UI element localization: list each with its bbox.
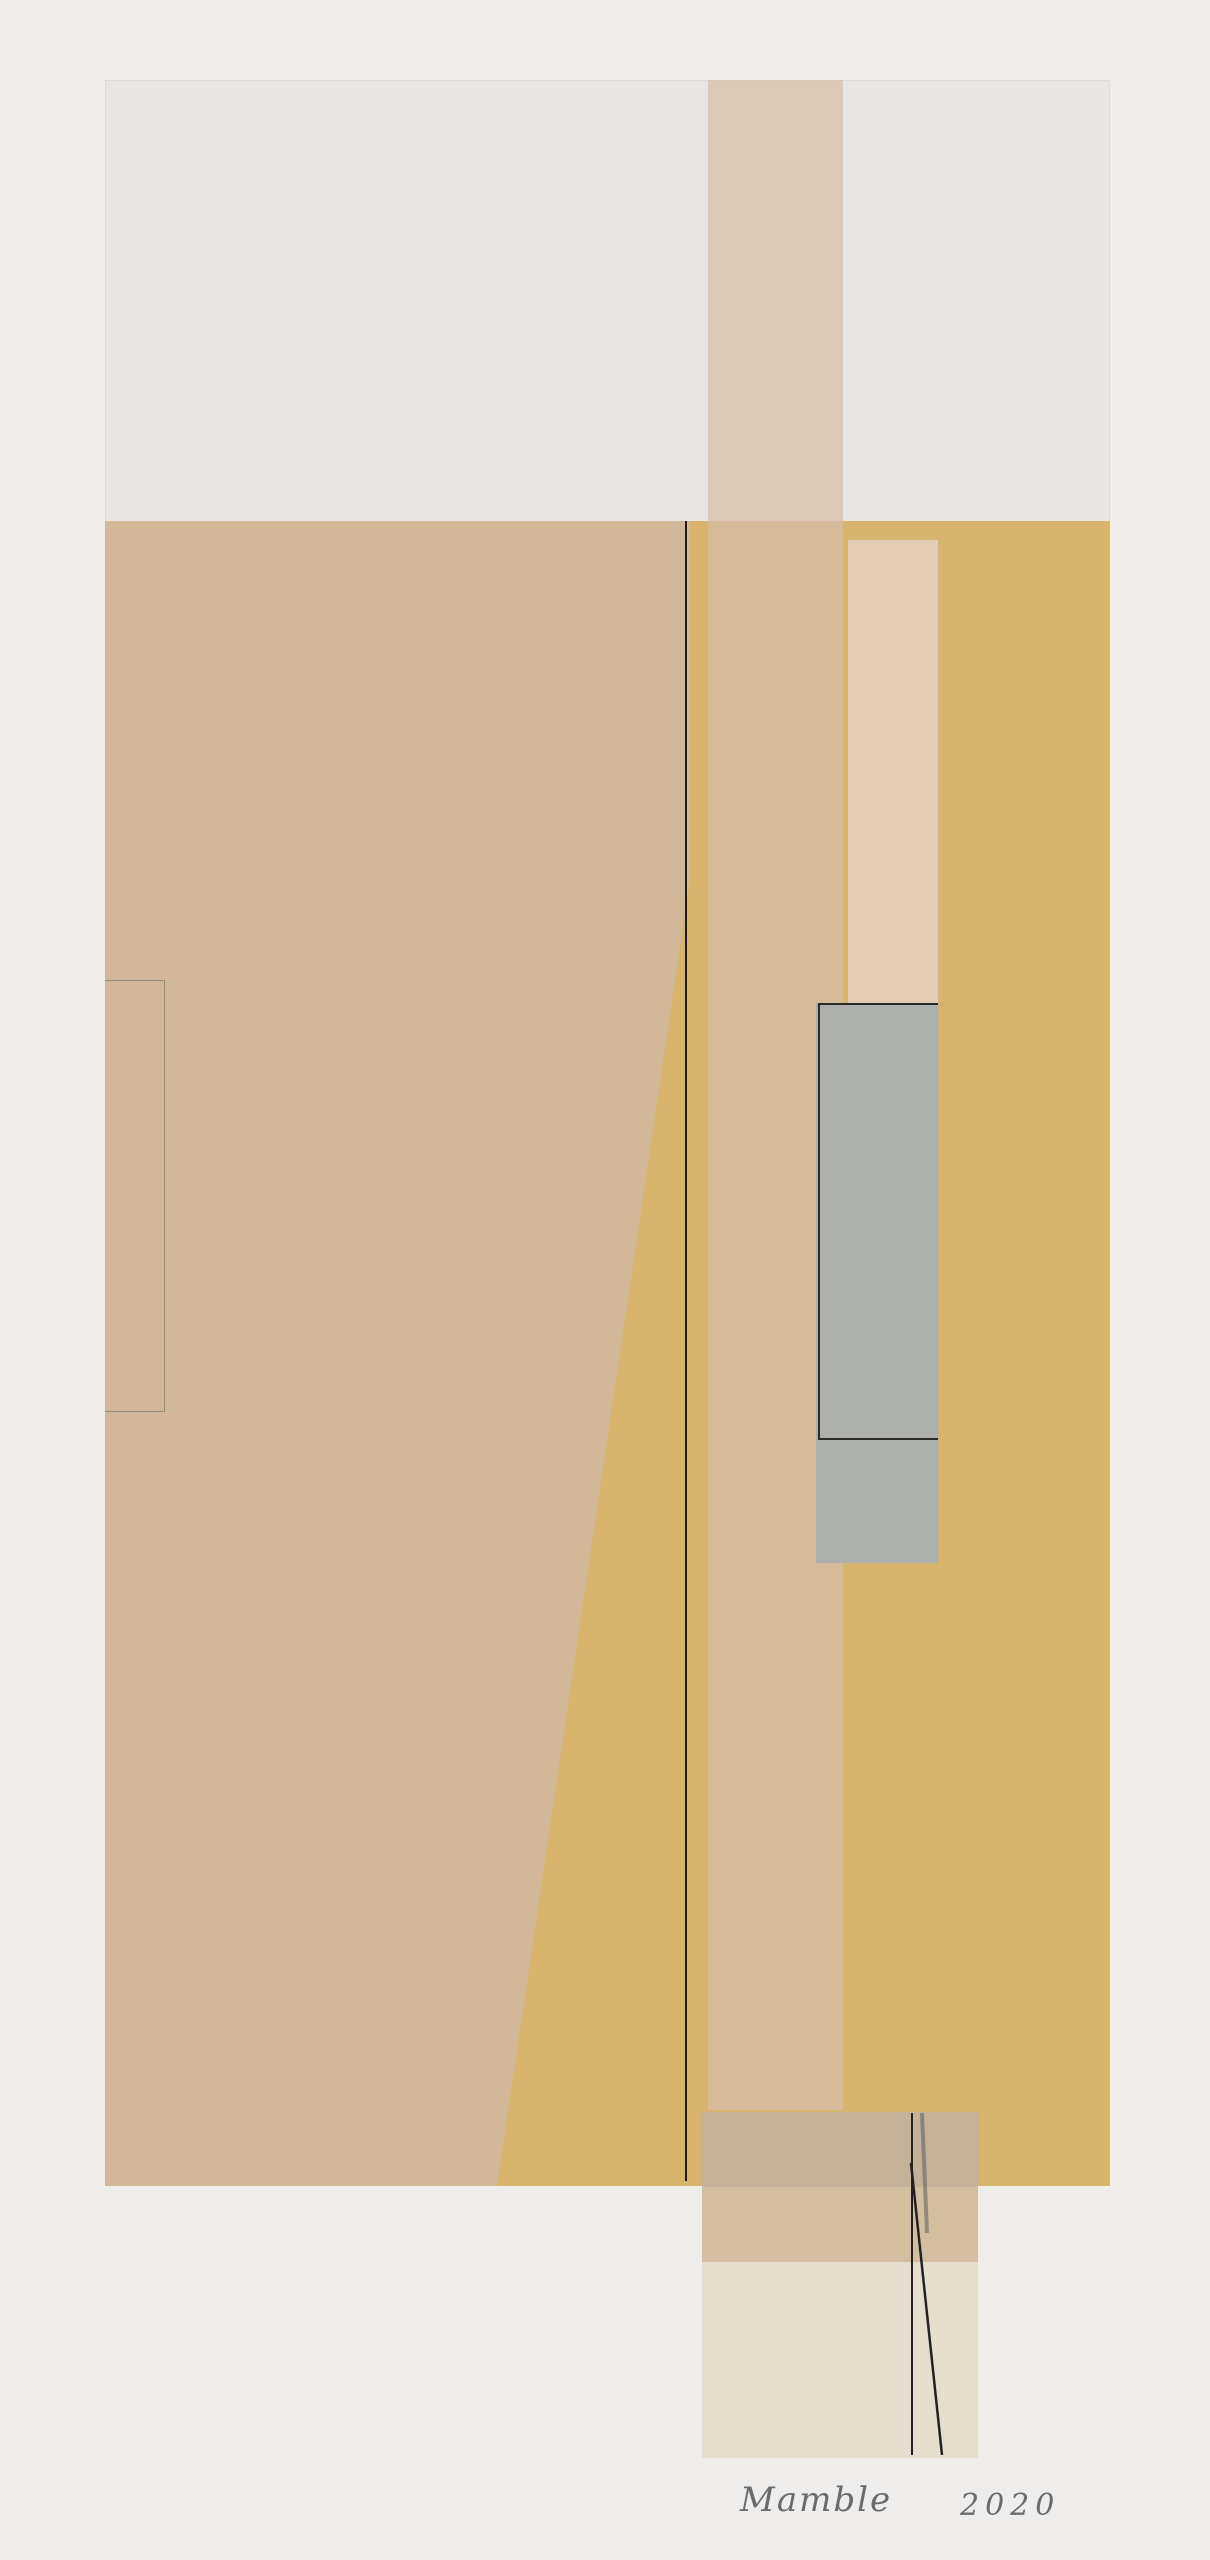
artist-signature: Mamble bbox=[740, 2480, 892, 2520]
ink-outline-box bbox=[818, 1003, 938, 1440]
artwork-date: 2020 bbox=[960, 2488, 1060, 2523]
bottom-diagonal-ink-line bbox=[905, 2113, 955, 2455]
light-vertical-strip bbox=[848, 540, 938, 1005]
pencil-outline-box bbox=[105, 980, 165, 1412]
vertical-ink-line bbox=[685, 521, 687, 2181]
